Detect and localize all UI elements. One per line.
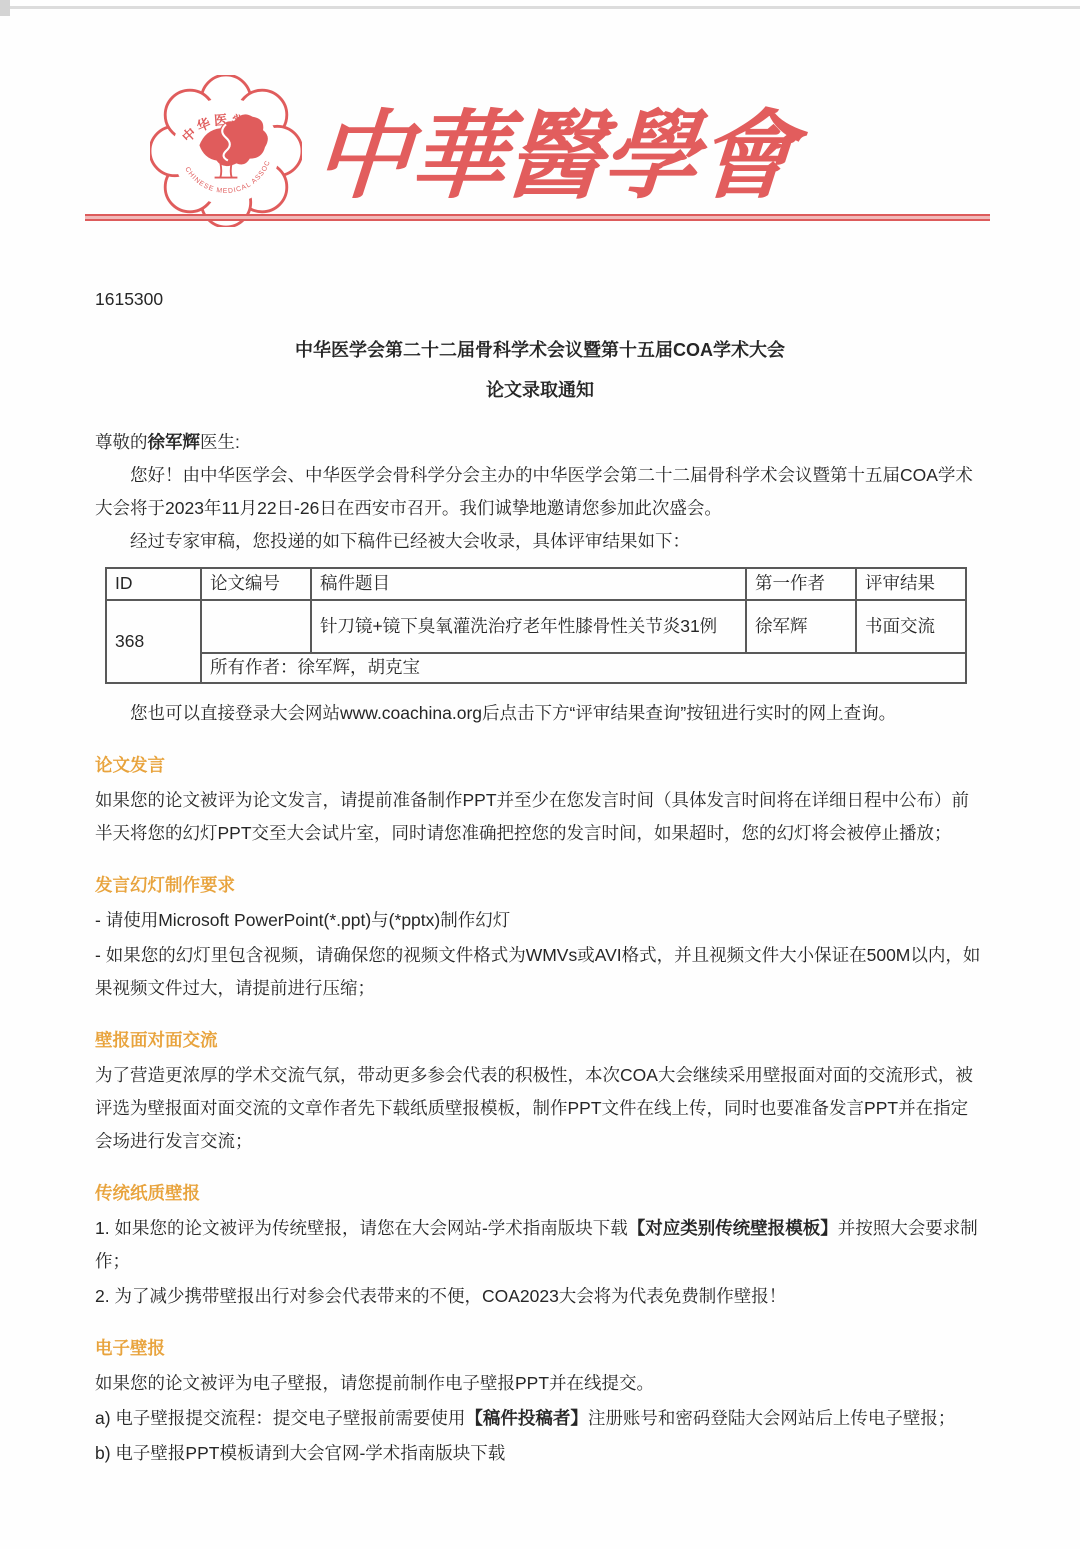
website-note: 您也可以直接登录大会网站www.coachina.org后点击下方“评审结果查询… [95,697,985,730]
review-intro-paragraph: 经过专家审稿，您投递的如下稿件已经被大会收录，具体评审结果如下： [95,525,985,558]
section-paragraph: 为了营造更浓厚的学术交流气氛，带动更多参会代表的积极性，本次COA大会继续采用壁… [95,1059,985,1158]
scan-edge-line [0,6,1080,9]
table-header-row: ID 论文编号 稿件题目 第一作者 评审结果 [106,568,966,600]
section-paragraph: 如果您的论文被评为电子壁报，请您提前制作电子壁报PPT并在线提交。 [95,1367,985,1400]
section-paragraph: - 如果您的幻灯里包含视频，请确保您的视频文件格式为WMVs或AVI格式，并且视… [95,939,985,1005]
section-paragraph: 如果您的论文被评为论文发言，请提前准备制作PPT并至少在您发言时间（具体发言时间… [95,784,985,850]
cell-all-authors: 所有作者：徐军辉，胡克宝 [201,653,966,683]
cma-logo: 中华医学会 CHINESE MEDICAL ASSOCIATION [150,75,302,227]
letterhead: 中华医学会 CHINESE MEDICAL ASSOCIATION 中華醫學會 [0,70,1080,220]
bold-segment: 【对应类别传统壁报模板】 [628,1218,838,1238]
document-number: 1615300 [95,283,985,316]
section-paragraph: a) 电子壁报提交流程：提交电子壁报前需要使用【稿件投稿者】注册账号和密码登陆大… [95,1402,985,1435]
greeting-line: 尊敬的徐军辉医生: [95,426,985,459]
text-segment: 注册账号和密码登陆大会网站后上传电子壁报； [588,1408,956,1428]
table-row: 368 针刀镜+镜下臭氧灌洗治疗老年性膝骨性关节炎31例 徐军辉 书面交流 [106,600,966,653]
section-paragraph: 2. 为了减少携带壁报出行对参会代表带来的不便，COA2023大会将为代表免费制… [95,1280,985,1313]
section-heading-traditional-poster: 传统纸质壁报 [95,1177,985,1210]
col-header-id: ID [106,568,201,600]
table-authors-row: 所有作者：徐军辉，胡克宝 [106,653,966,683]
text-segment: 1. 如果您的论文被评为传统壁报，请您在大会网站-学术指南版块下载 [95,1218,628,1238]
greeting-suffix: 医生: [200,432,240,452]
header-divider [85,214,990,221]
recipient-name: 徐军辉 [148,432,201,452]
cell-paper-no [201,600,311,653]
review-result-table: ID 论文编号 稿件题目 第一作者 评审结果 368 针刀镜+镜下臭氧灌洗治疗老… [105,567,967,684]
cell-id: 368 [106,600,201,683]
scan-corner-artifact [0,0,10,16]
conference-title: 中华医学会第二十二届骨科学术会议暨第十五届COA学术大会 [95,330,985,370]
section-heading-poster-face-to-face: 壁报面对面交流 [95,1024,985,1057]
cell-first-author: 徐军辉 [746,600,856,653]
section-heading-paper-speech: 论文发言 [95,749,985,782]
bold-segment: 【稿件投稿者】 [465,1408,588,1428]
letter-body: 1615300 中华医学会第二十二届骨科学术会议暨第十五届COA学术大会 论文录… [95,283,985,1472]
intro-paragraph: 您好！由中华医学会、中华医学会骨科学分会主办的中华医学会第二十二届骨科学术会议暨… [95,459,985,525]
cell-title: 针刀镜+镜下臭氧灌洗治疗老年性膝骨性关节炎31例 [311,600,746,653]
text-segment: a) 电子壁报提交流程：提交电子壁报前需要使用 [95,1408,465,1428]
col-header-first-author: 第一作者 [746,568,856,600]
section-heading-slide-requirements: 发言幻灯制作要求 [95,869,985,902]
col-header-paper-no: 论文编号 [201,568,311,600]
section-paragraph: - 请使用Microsoft PowerPoint(*.ppt)与(*pptx)… [95,904,985,937]
document-page: 中华医学会 CHINESE MEDICAL ASSOCIATION 中華醫學會 … [0,0,1080,1549]
org-name-calligraphy: 中華醫學會 [310,78,905,218]
cell-review-result: 书面交流 [856,600,966,653]
col-header-review-result: 评审结果 [856,568,966,600]
section-paragraph: b) 电子壁报PPT模板请到大会官网-学术指南版块下载 [95,1437,985,1470]
col-header-title: 稿件题目 [311,568,746,600]
section-heading-e-poster: 电子壁报 [95,1332,985,1365]
greeting-prefix: 尊敬的 [95,432,148,452]
section-paragraph: 1. 如果您的论文被评为传统壁报，请您在大会网站-学术指南版块下载【对应类别传统… [95,1212,985,1278]
notice-title: 论文录取通知 [95,370,985,410]
